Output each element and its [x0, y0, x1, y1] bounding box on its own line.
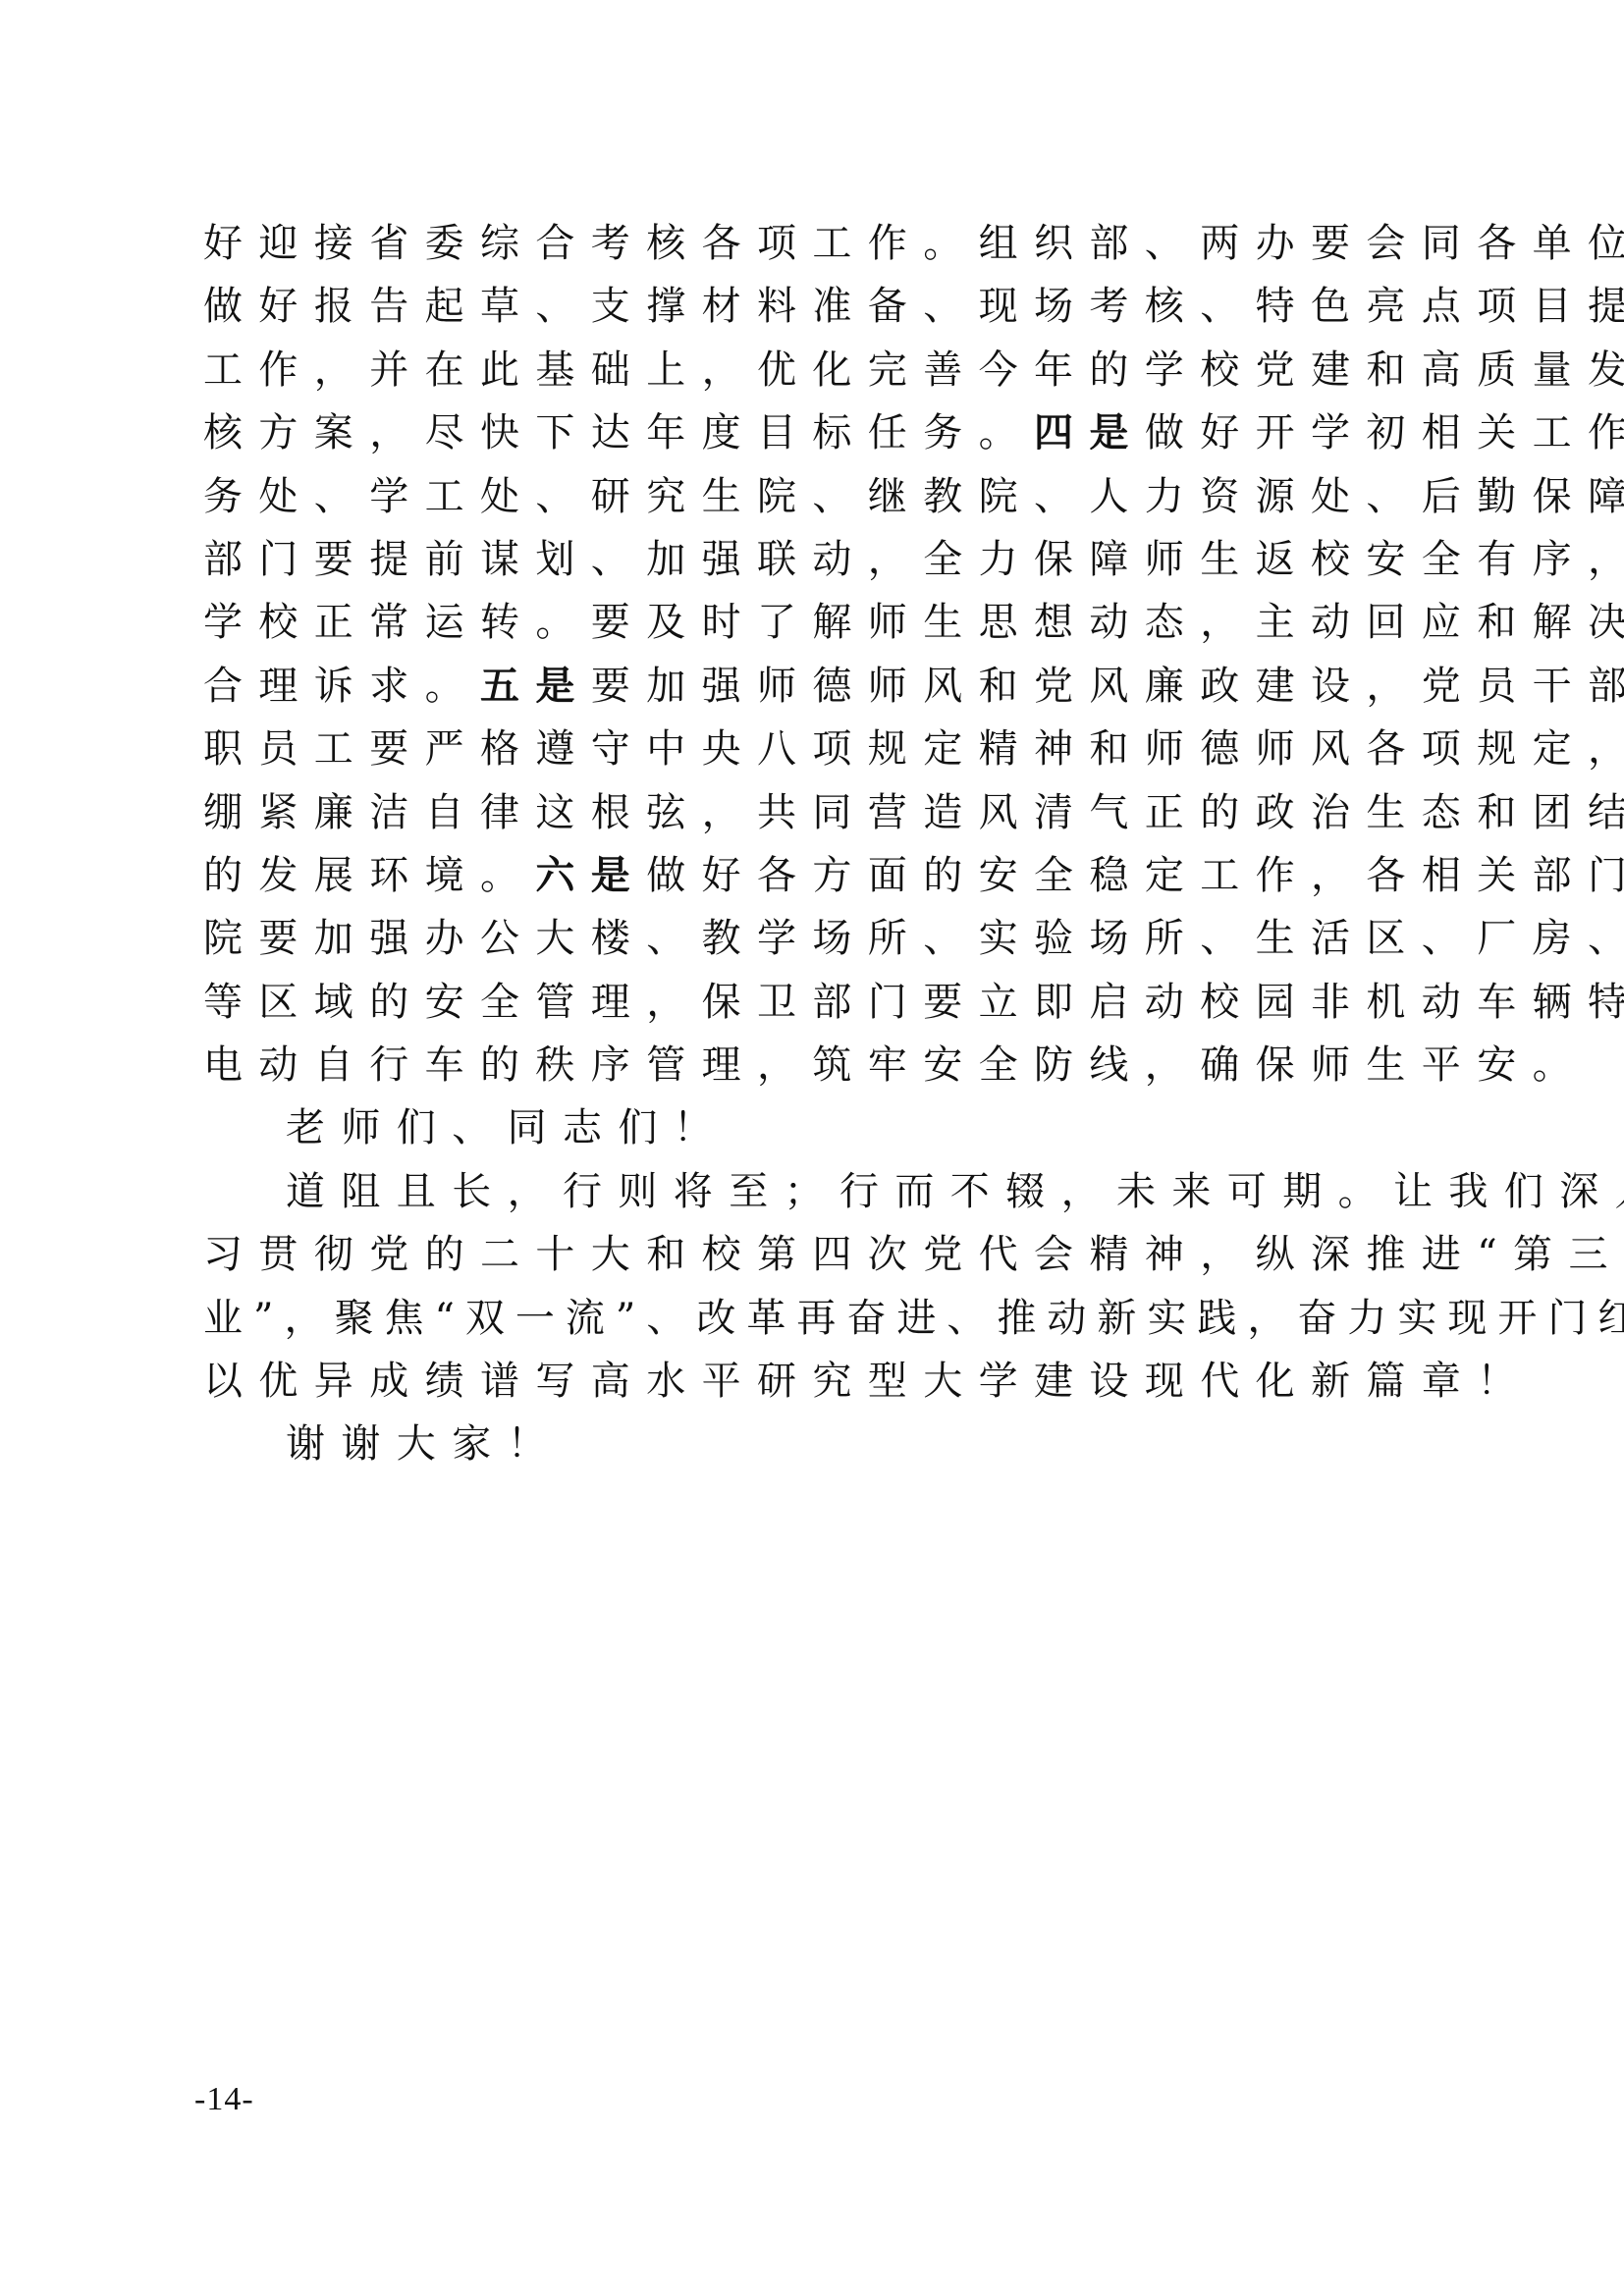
text-line: 等区域的安全管理，保卫部门要立即启动校园非机动车辆特别是 [203, 971, 1440, 1034]
line-text: 职员工要严格遵守中央八项规定精神和师德师风各项规定，时刻 [203, 726, 1624, 772]
text-line: 合理诉求。五是要加强师德师风和党风廉政建设，党员干部和教 [203, 655, 1440, 718]
line-text: 业”，聚焦“双一流”、改革再奋进、推动新实践，奋力实现开门红， [203, 1296, 1624, 1341]
emphasis-sixth-point: 六是 [535, 852, 646, 898]
line-text: 绷紧廉洁自律这根弦，共同营造风清气正的政治生态和团结和谐 [203, 790, 1624, 835]
text-line: 好迎接省委综合考核各项工作。组织部、两办要会同各单位扎实 [203, 212, 1440, 275]
line-text: 好迎接省委综合考核各项工作。组织部、两办要会同各单位扎实 [203, 221, 1624, 266]
closing-line: 谢谢大家！ [203, 1413, 1440, 1475]
line-text: 习贯彻党的二十大和校第四次党代会精神，纵深推进“第三次创 [203, 1232, 1624, 1277]
line-text: 等区域的安全管理，保卫部门要立即启动校园非机动车辆特别是 [203, 980, 1624, 1025]
line-text: 做好各方面的安全稳定工作，各相关部门和学 [646, 853, 1624, 898]
text-line: 绷紧廉洁自律这根弦，共同营造风清气正的政治生态和团结和谐 [203, 781, 1440, 844]
line-text: 以优异成绩谱写高水平研究型大学建设现代化新篇章！ [203, 1359, 1533, 1404]
text-line: 习贯彻党的二十大和校第四次党代会精神，纵深推进“第三次创 [203, 1223, 1440, 1286]
text-line: 务处、学工处、研究生院、继教院、人力资源处、后勤保障处等 [203, 465, 1440, 528]
text-line: 做好报告起草、支撑材料准备、现场考核、特色亮点项目提炼等 [203, 275, 1440, 338]
emphasis-fifth-point: 五是 [480, 663, 591, 709]
line-text: 院要加强办公大楼、教学场所、实验场所、生活区、厂房、病房 [203, 916, 1624, 961]
text-line: 学校正常运转。要及时了解师生思想动态，主动回应和解决师生 [203, 591, 1440, 654]
line-text: 做好报告起草、支撑材料准备、现场考核、特色亮点项目提炼等 [203, 284, 1624, 329]
document-page: 好迎接省委综合考核各项工作。组织部、两办要会同各单位扎实 做好报告起草、支撑材料… [0, 0, 1624, 2296]
line-text: 核方案，尽快下达年度目标任务。 [203, 410, 1034, 455]
text-line: 工作，并在此基础上，优化完善今年的学校党建和高质量发展考 [203, 339, 1440, 401]
page-number: -14- [194, 2081, 254, 2118]
line-text: 务处、学工处、研究生院、继教院、人力资源处、后勤保障处等 [203, 474, 1624, 519]
line-text: 工作，并在此基础上，优化完善今年的学校党建和高质量发展考 [203, 347, 1624, 393]
salutation-line: 老师们、同志们！ [203, 1096, 1440, 1159]
line-text: 的发展环境。 [203, 853, 535, 898]
text-line: 核方案，尽快下达年度目标任务。四是做好开学初相关工作。教 [203, 401, 1440, 464]
line-text: 学校正常运转。要及时了解师生思想动态，主动回应和解决师生 [203, 600, 1624, 645]
line-text: 谢谢大家！ [286, 1421, 563, 1467]
text-line: 以优异成绩谱写高水平研究型大学建设现代化新篇章！ [203, 1350, 1440, 1413]
text-line: 院要加强办公大楼、教学场所、实验场所、生活区、厂房、病房 [203, 907, 1440, 970]
emphasis-fourth-point: 四是 [1034, 409, 1145, 455]
line-text: 做好开学初相关工作。教 [1145, 410, 1624, 455]
text-line: 部门要提前谋划、加强联动，全力保障师生返校安全有序，确保 [203, 528, 1440, 591]
line-text: 道阻且长，行则将至；行而不辍，未来可期。让我们深入学 [286, 1169, 1624, 1214]
document-body: 好迎接省委综合考核各项工作。组织部、两办要会同各单位扎实 做好报告起草、支撑材料… [203, 212, 1440, 1476]
line-text: 部门要提前谋划、加强联动，全力保障师生返校安全有序，确保 [203, 537, 1624, 582]
line-text: 电动自行车的秩序管理，筑牢安全防线，确保师生平安。 [203, 1042, 1588, 1088]
line-text: 合理诉求。 [203, 664, 480, 709]
text-line: 业”，聚焦“双一流”、改革再奋进、推动新实践，奋力实现开门红， [203, 1287, 1440, 1350]
paragraph-start-line: 道阻且长，行则将至；行而不辍，未来可期。让我们深入学 [203, 1160, 1440, 1223]
text-line: 的发展环境。六是做好各方面的安全稳定工作，各相关部门和学 [203, 844, 1440, 907]
line-text: 要加强师德师风和党风廉政建设，党员干部和教 [591, 664, 1624, 709]
line-text: 老师们、同志们！ [286, 1105, 729, 1150]
text-line: 职员工要严格遵守中央八项规定精神和师德师风各项规定，时刻 [203, 718, 1440, 780]
text-line: 电动自行车的秩序管理，筑牢安全防线，确保师生平安。 [203, 1034, 1440, 1096]
